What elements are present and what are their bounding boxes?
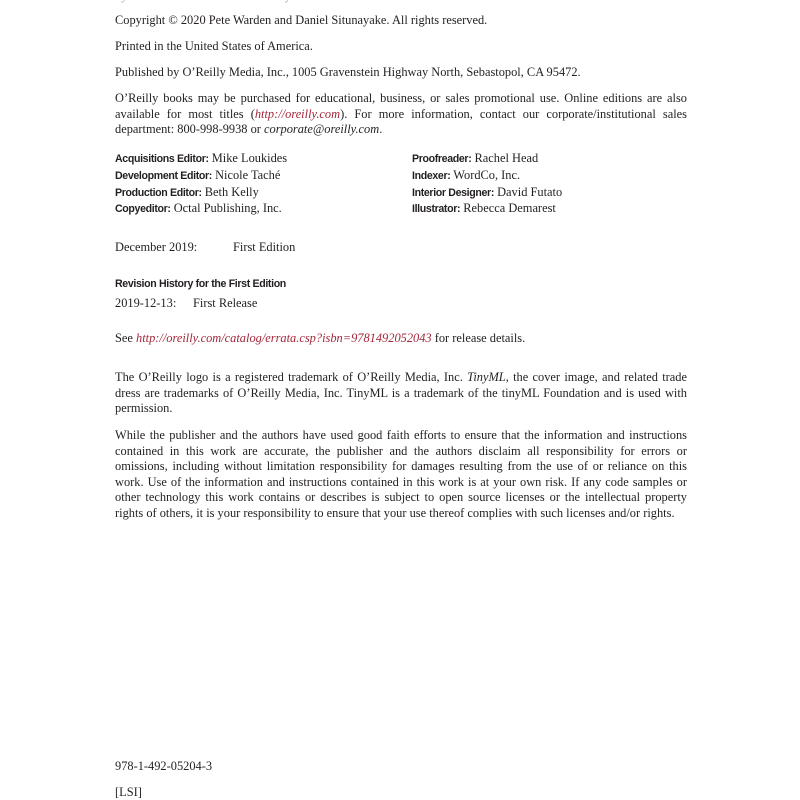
credit-label: Production Editor: <box>115 187 202 199</box>
credit-value: Rebecca Demarest <box>463 201 556 215</box>
credit-label: Development Editor: <box>115 170 212 182</box>
revision-history-heading: Revision History for the First Edition <box>115 277 687 293</box>
lsi-mark: [LSI] <box>115 785 687 800</box>
copyright-notice: Copyright © 2020 Pete Warden and Daniel … <box>115 13 687 29</box>
disclaimer: While the publisher and the authors have… <box>115 428 687 522</box>
credit-value: Nicole Taché <box>215 168 280 182</box>
publisher-address: Published by O’Reilly Media, Inc., 1005 … <box>115 65 687 81</box>
errata-link[interactable]: http://oreilly.com/catalog/errata.csp?is… <box>136 331 432 345</box>
credit-label: Indexer: <box>412 170 450 182</box>
errata-prefix: See <box>115 331 136 345</box>
purchase-info: O’Reilly books may be purchased for educ… <box>115 91 687 138</box>
credit-value: Octal Publishing, Inc. <box>174 201 282 215</box>
edition-name: First Edition <box>233 240 295 254</box>
revision-entry: 2019-12-13:First Release <box>115 296 687 312</box>
credit-interior-designer: Interior Designer: David Futato <box>412 185 687 202</box>
authors-line: by Pete Warden and Daniel Situnayake <box>115 0 687 5</box>
credit-illustrator: Illustrator: Rebecca Demarest <box>412 201 687 218</box>
credit-label: Proofreader: <box>412 153 471 165</box>
credit-proofreader: Proofreader: Rachel Head <box>412 151 687 168</box>
credit-label: Illustrator: <box>412 203 460 215</box>
credit-value: Beth Kelly <box>205 185 259 199</box>
credit-production-editor: Production Editor: Beth Kelly <box>115 185 412 202</box>
trademark-text: The O’Reilly logo is a registered tradem… <box>115 370 467 384</box>
purchase-info-end: . <box>379 122 382 136</box>
revision-label: First Release <box>193 296 257 310</box>
credit-value: David Futato <box>497 185 562 199</box>
credit-copyeditor: Copyeditor: Octal Publishing, Inc. <box>115 201 412 218</box>
revision-date: 2019-12-13: <box>115 296 193 312</box>
credit-indexer: Indexer: WordCo, Inc. <box>412 168 687 185</box>
credit-acquisitions-editor: Acquisitions Editor: Mike Loukides <box>115 151 412 168</box>
corporate-email[interactable]: corporate@oreilly.com <box>264 122 379 136</box>
edition-date: December 2019: <box>115 240 233 256</box>
credit-value: WordCo, Inc. <box>453 168 520 182</box>
printed-in: Printed in the United States of America. <box>115 39 687 55</box>
credit-development-editor: Development Editor: Nicole Taché <box>115 168 412 185</box>
oreilly-link[interactable]: http://oreilly.com <box>255 107 340 121</box>
errata-suffix: for release details. <box>432 331 526 345</box>
isbn: 978-1-492-05204-3 <box>115 759 687 775</box>
credit-label: Acquisitions Editor: <box>115 153 209 165</box>
book-title: TinyML <box>467 370 506 384</box>
credit-value: Mike Loukides <box>212 151 287 165</box>
errata-line: See http://oreilly.com/catalog/errata.cs… <box>115 331 687 347</box>
credit-label: Interior Designer: <box>412 187 494 199</box>
trademark-notice: The O’Reilly logo is a registered tradem… <box>115 370 687 417</box>
credits-list: Acquisitions Editor: Mike Loukides Proof… <box>115 151 687 218</box>
edition-line: December 2019:First Edition <box>115 240 687 256</box>
credit-value: Rachel Head <box>475 151 539 165</box>
credit-label: Copyeditor: <box>115 203 171 215</box>
